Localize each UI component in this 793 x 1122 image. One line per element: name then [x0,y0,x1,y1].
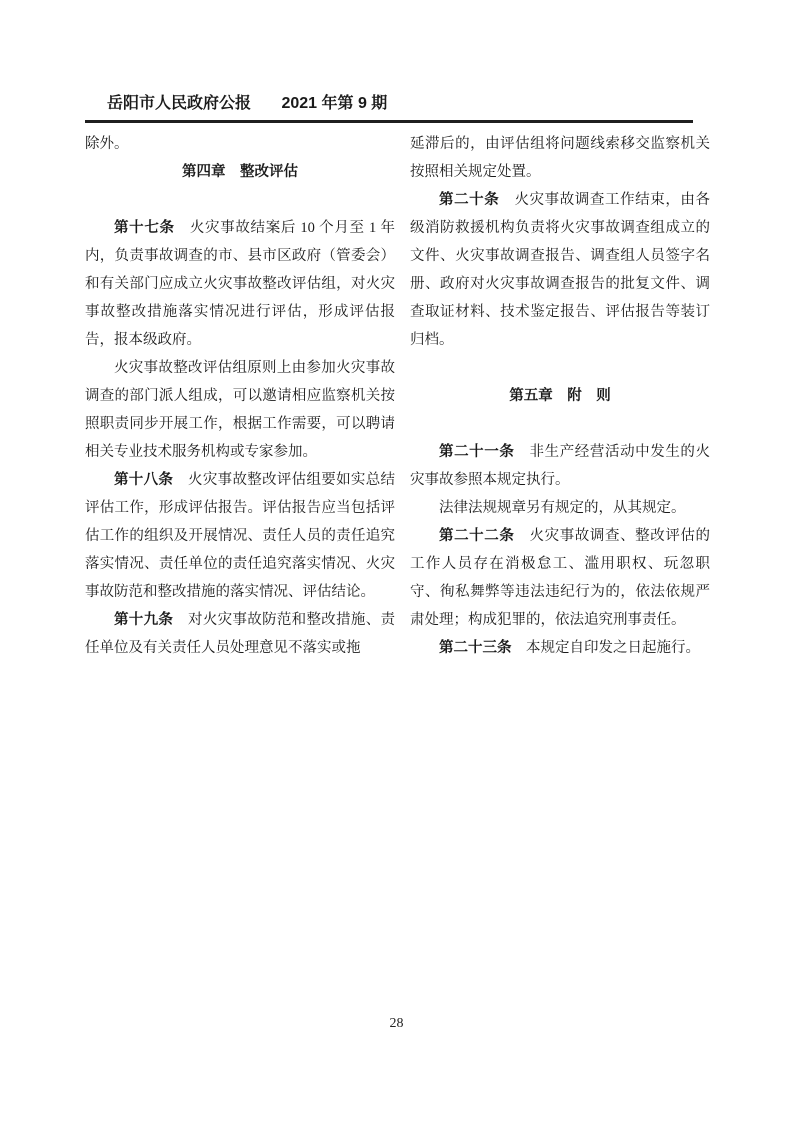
left-column: 除外。 第四章 整改评估 第十七条 火灾事故结案后 10 个月至 1 年内，负责… [85,130,395,662]
continuation-paragraph: 除外。 [85,130,395,158]
paragraph-article-17: 第十七条 火灾事故结案后 10 个月至 1 年内，负责事故调查的市、县市区政府（… [85,214,395,354]
right-column: 延滞后的，由评估组将问题线索移交监察机关按照相关规定处置。 第二十条 火灾事故调… [410,130,710,662]
article-number: 第二十条 [439,192,499,208]
paragraph-article-22: 第二十二条 火灾事故调查、整改评估的工作人员存在消极怠工、滥用职权、玩忽职守、徇… [410,522,710,634]
article-number: 第二十二条 [439,528,514,544]
article-body: 除外。 第四章 整改评估 第十七条 火灾事故结案后 10 个月至 1 年内，负责… [85,130,710,662]
page-number: 28 [0,1014,793,1034]
paragraph-text: 本规定自印发之日起施行。 [512,640,701,656]
article-number: 第二十三条 [439,640,512,656]
paragraph-evaluation-group: 火灾事故整改评估组原则上由参加火灾事故调查的部门派人组成，可以邀请相应监察机关按… [85,354,395,466]
article-number: 第二十一条 [439,444,514,460]
chapter-5-heading: 第五章 附 则 [410,382,710,410]
article-number: 第十七条 [114,220,175,236]
paragraph-text: 火灾事故调查工作结束，由各级消防救援机构负责将火灾事故调查组成立的文件、火灾事故… [410,192,710,348]
paragraph-text: 火灾事故整改评估组要如实总结评估工作，形成评估报告。评估报告应当包括评估工作的组… [85,472,395,600]
paragraph-text: 火灾事故结案后 10 个月至 1 年内，负责事故调查的市、县市区政府（管委会）和… [85,220,395,348]
paragraph-article-19: 第十九条 对火灾事故防范和整改措施、责任单位及有关责任人员处理意见不落实或拖 [85,606,395,662]
paragraph-laws-provision: 法律法规规章另有规定的，从其规定。 [410,494,710,522]
paragraph-article-23: 第二十三条 本规定自印发之日起施行。 [410,634,710,662]
page-header: 岳阳市人民政府公报 2021 年第 9 期 [85,90,693,123]
paragraph-article-21: 第二十一条 非生产经营活动中发生的火灾事故参照本规定执行。 [410,438,710,494]
paragraph-article-20: 第二十条 火灾事故调查工作结束，由各级消防救援机构负责将火灾事故调查组成立的文件… [410,186,710,354]
paragraph-article-18: 第十八条 火灾事故整改评估组要如实总结评估工作，形成评估报告。评估报告应当包括评… [85,466,395,606]
gazette-title: 岳阳市人民政府公报 [107,95,251,112]
paragraph-text: 火灾事故整改评估组原则上由参加火灾事故调查的部门派人组成，可以邀请相应监察机关按… [85,360,395,460]
article-number: 第十九条 [114,612,173,628]
continuation-paragraph: 延滞后的，由评估组将问题线索移交监察机关按照相关规定处置。 [410,130,710,186]
chapter-4-heading: 第四章 整改评估 [85,158,395,186]
article-number: 第十八条 [114,472,173,488]
issue-number: 2021 年第 9 期 [281,95,387,112]
paragraph-text: 法律法规规章另有规定的，从其规定。 [439,500,686,516]
